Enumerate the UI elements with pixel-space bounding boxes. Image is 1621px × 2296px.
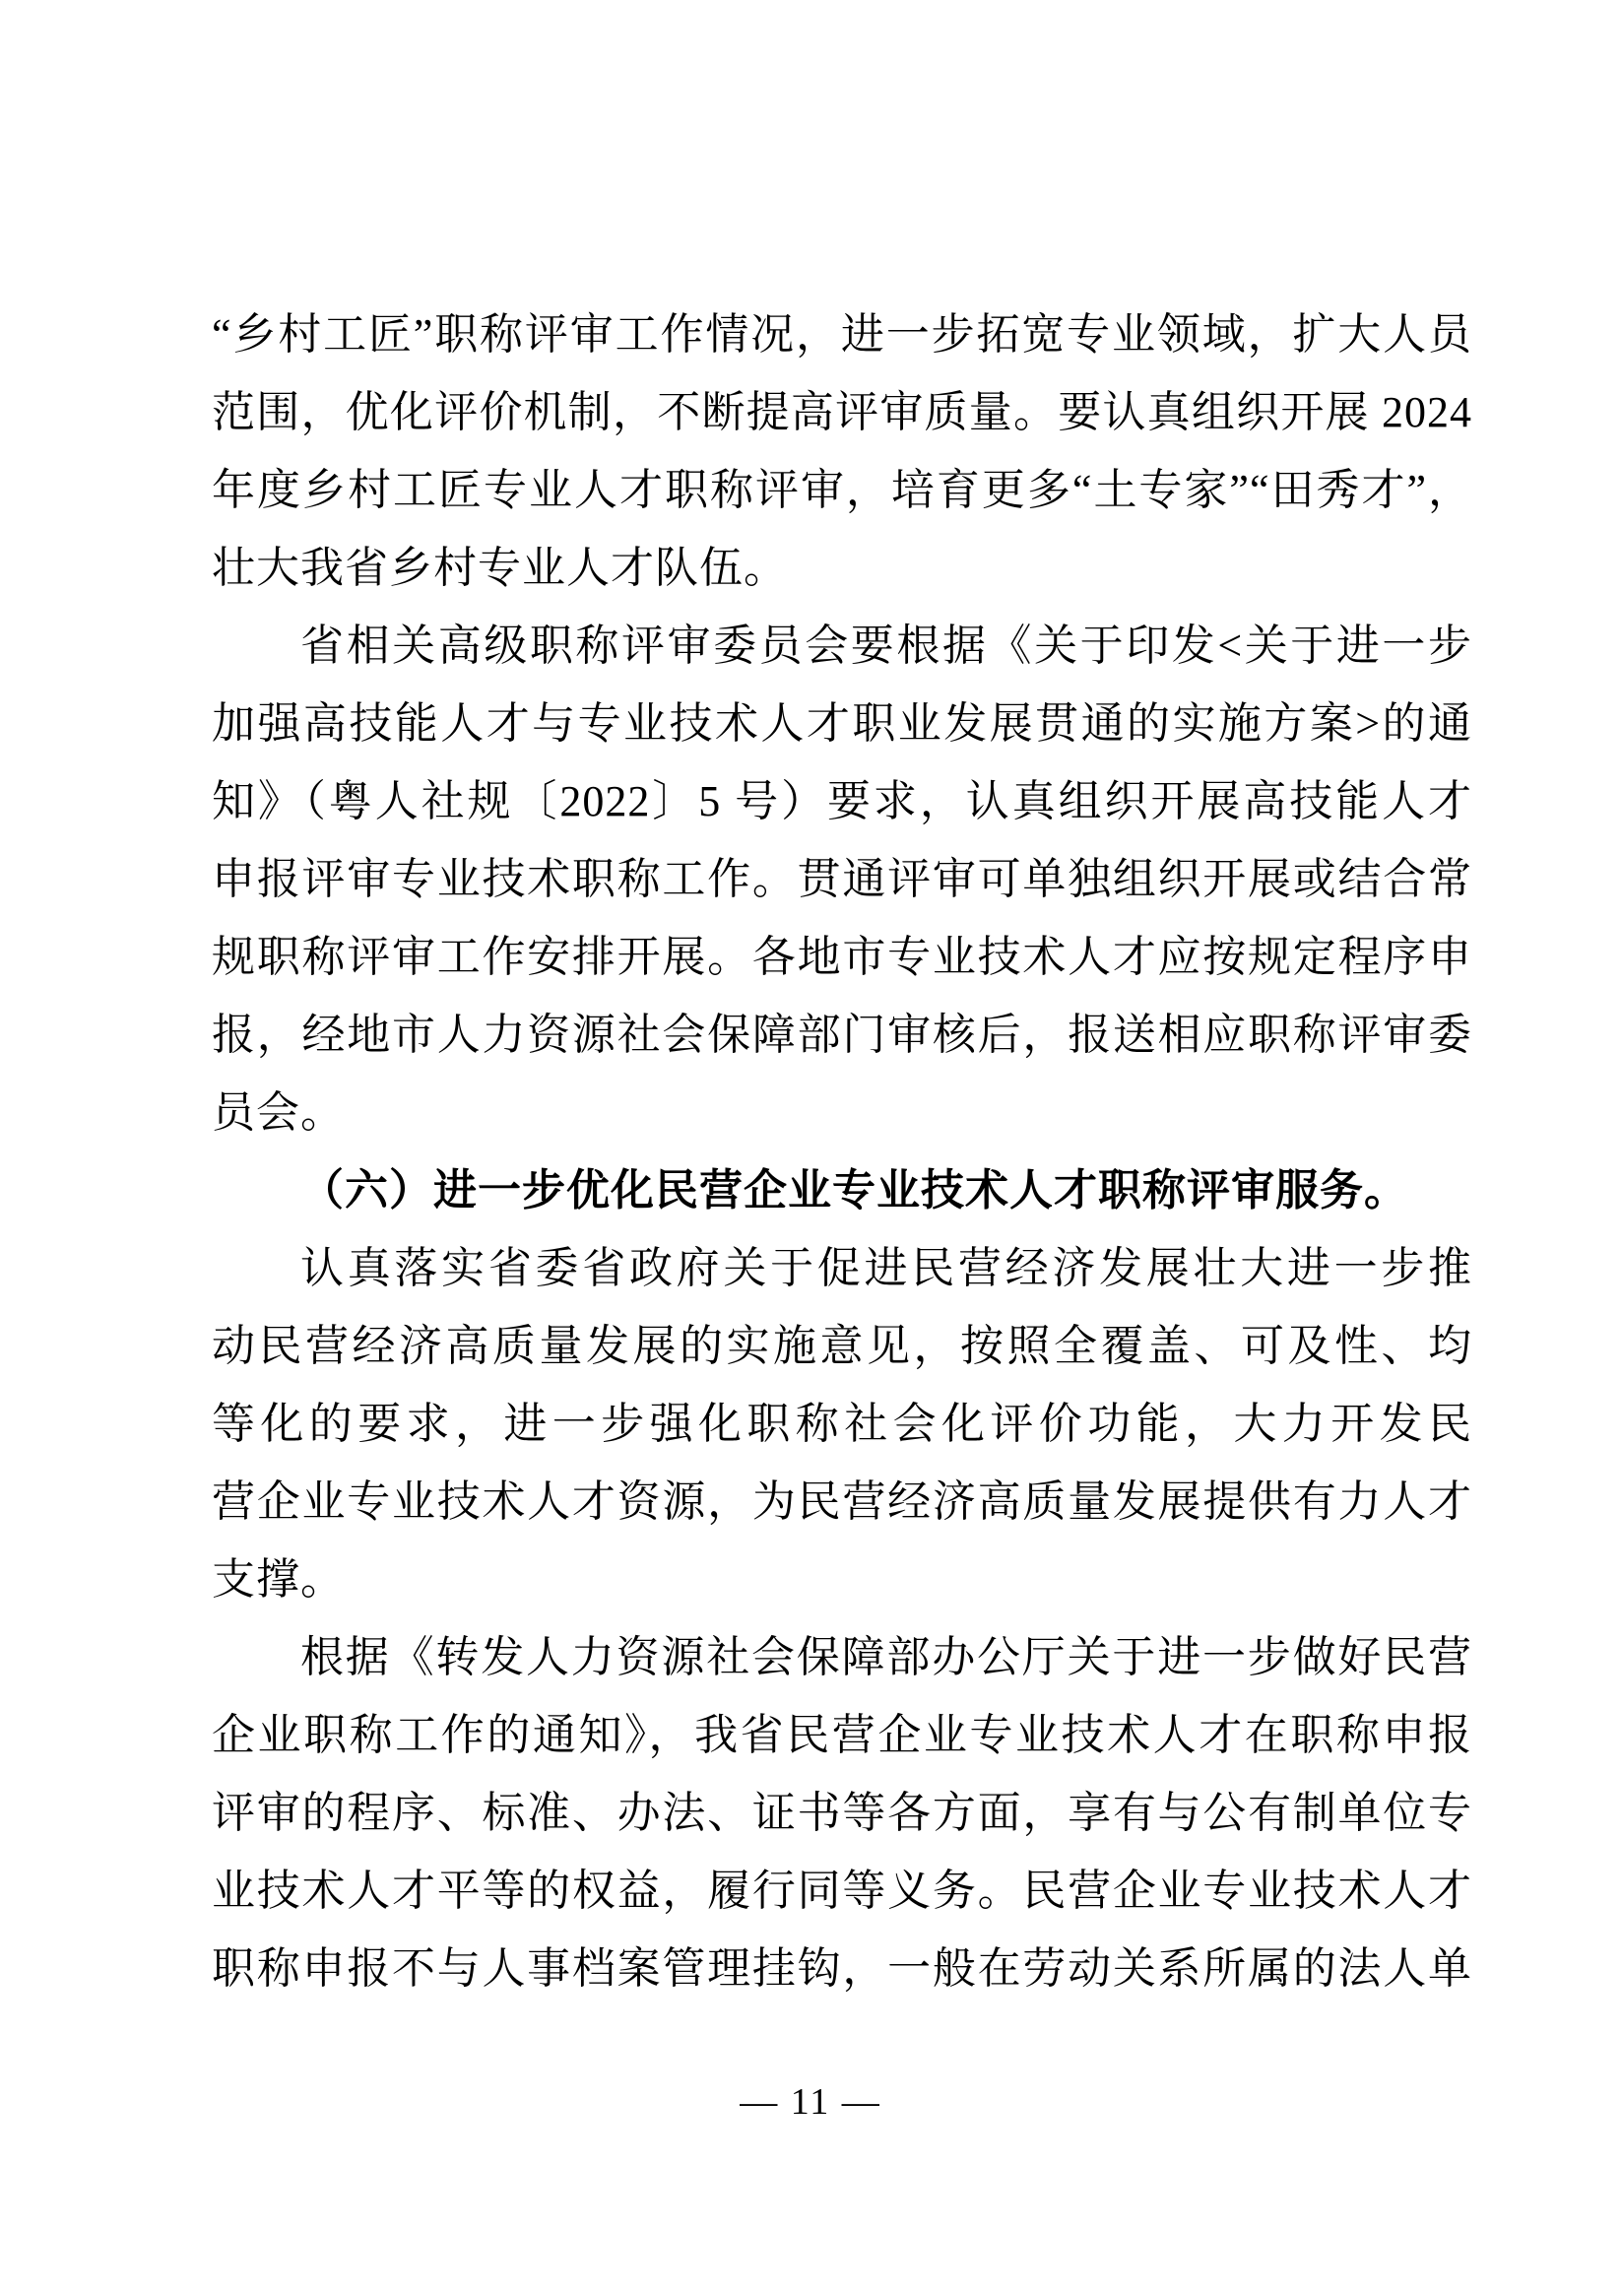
text-line: 员会。	[212, 1074, 1472, 1151]
text-line: 业技术人才平等的权益，履行同等义务。民营企业专业技术人才	[212, 1852, 1472, 1930]
text-line: 省相关高级职称评审委员会要根据《关于印发<关于进一步	[212, 607, 1472, 685]
text-line: 加强高技能人才与专业技术人才职业发展贯通的实施方案>的通	[212, 685, 1472, 762]
text-line: “乡村工匠”职称评审工作情况，进一步拓宽专业领域，扩大人员	[212, 295, 1472, 373]
document-body: “乡村工匠”职称评审工作情况，进一步拓宽专业领域，扩大人员范围，优化评价机制，不…	[212, 295, 1472, 2007]
text-line: 职称申报不与人事档案管理挂钩，一般在劳动关系所属的法人单	[212, 1930, 1472, 2007]
text-line: 根据《转发人力资源社会保障部办公厅关于进一步做好民营	[212, 1618, 1472, 1696]
text-line: 规职称评审工作安排开展。各地市专业技术人才应按规定程序申	[212, 918, 1472, 996]
text-line: 营企业专业技术人才资源，为民营经济高质量发展提供有力人才	[212, 1463, 1472, 1541]
text-line: 认真落实省委省政府关于促进民营经济发展壮大进一步推	[212, 1229, 1472, 1307]
text-line: 报，经地市人力资源社会保障部门审核后，报送相应职称评审委	[212, 996, 1472, 1074]
text-line: 壮大我省乡村专业人才队伍。	[212, 529, 1472, 607]
text-line: 企业职称工作的通知》，我省民营企业专业技术人才在职称申报	[212, 1696, 1472, 1774]
text-line: 申报评审专业技术职称工作。贯通评审可单独组织开展或结合常	[212, 840, 1472, 918]
text-line: 范围，优化评价机制，不断提高评审质量。要认真组织开展 2024	[212, 373, 1472, 451]
text-line: 支撑。	[212, 1541, 1472, 1618]
text-line: 年度乡村工匠专业人才职称评审，培育更多“土专家”“田秀才”，	[212, 451, 1472, 529]
text-line: 等化的要求，进一步强化职称社会化评价功能，大力开发民	[212, 1385, 1472, 1463]
text-line: 知》（粤人社规〔2022〕5 号）要求，认真组织开展高技能人才	[212, 762, 1472, 840]
page-number: — 11 —	[0, 2076, 1621, 2128]
text-line: 评审的程序、标准、办法、证书等各方面，享有与公有制单位专	[212, 1774, 1472, 1852]
text-line: 动民营经济高质量发展的实施意见，按照全覆盖、可及性、均	[212, 1307, 1472, 1385]
section-heading: （六）进一步优化民营企业专业技术人才职称评审服务。	[212, 1151, 1472, 1229]
document-page: “乡村工匠”职称评审工作情况，进一步拓宽专业领域，扩大人员范围，优化评价机制，不…	[0, 0, 1621, 2296]
